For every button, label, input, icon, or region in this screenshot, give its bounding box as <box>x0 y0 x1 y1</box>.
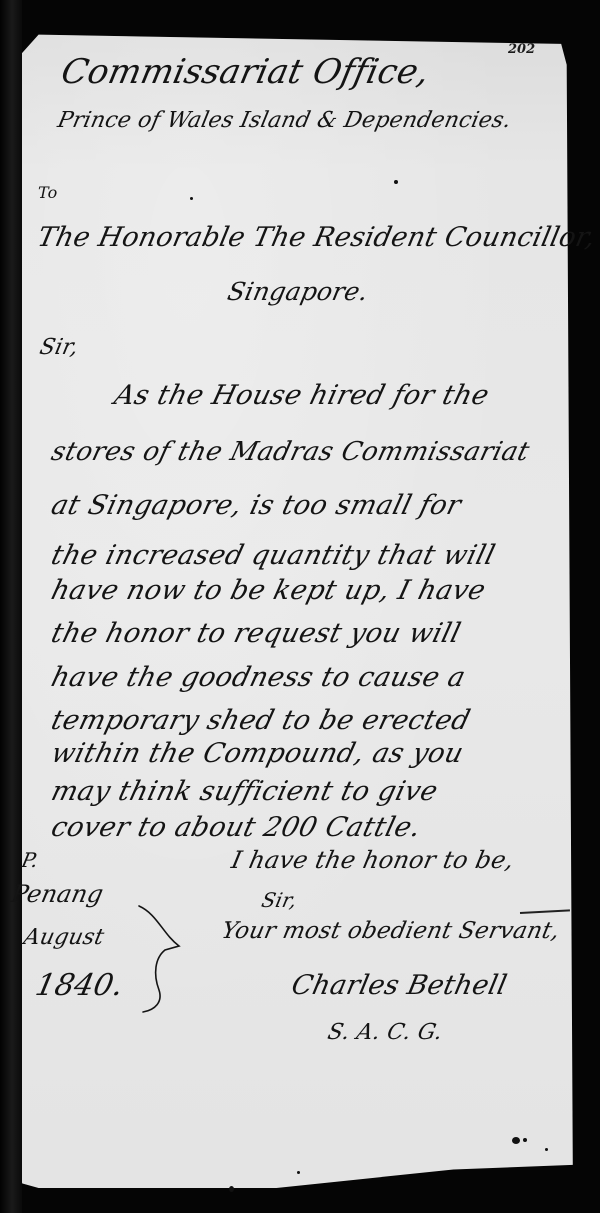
salutation: Sir, <box>37 335 80 360</box>
recipient-title: The Honorable The Resident Councillor, <box>35 222 598 253</box>
body-line: have the goodness to cause a <box>48 662 469 693</box>
manuscript-page <box>22 30 575 1188</box>
body-line: the increased quantity that will <box>48 540 498 571</box>
body-line: the honor to request you will <box>48 618 464 649</box>
ink-speck <box>523 1138 527 1142</box>
margin-note-place: Penang <box>9 880 106 908</box>
body-line: cover to about 200 Cattle. <box>48 812 424 843</box>
brace-mark <box>135 904 185 1014</box>
margin-note-month: August <box>21 925 106 950</box>
binding-shadow <box>0 0 22 1213</box>
ink-blot <box>512 1137 520 1144</box>
ink-speck <box>297 1171 300 1174</box>
body-line: at Singapore, is too small for <box>48 490 464 521</box>
ink-speck <box>229 1186 234 1192</box>
body-line: within the Compound, as you <box>48 738 467 769</box>
ink-speck <box>394 180 398 184</box>
signature-title: S. A. C. G. <box>325 1020 444 1045</box>
recipient-location: Singapore. <box>225 277 371 306</box>
ink-speck <box>190 197 193 200</box>
body-line: As the House hired for the <box>111 380 492 411</box>
closing-sir: Sir, <box>259 888 299 912</box>
scan-background: 202 Commissariat Office, Prince of Wales… <box>0 0 600 1213</box>
closing-servant: Your most obedient Servant, <box>219 918 562 944</box>
body-line: temporary shed to be erected <box>48 705 473 736</box>
office-heading: Commissariat Office, <box>58 52 433 92</box>
office-location: Prince of Wales Island & Dependencies. <box>55 108 513 133</box>
body-line: stores of the Madras Commissariat <box>48 437 532 467</box>
closing-line: I have the honor to be, <box>229 846 517 874</box>
ink-speck <box>545 1148 548 1151</box>
folio-number: 202 <box>508 42 535 57</box>
signature-name: Charles Bethell <box>289 970 510 1001</box>
margin-note-year: 1840. <box>32 968 126 1003</box>
to-prefix: To <box>38 183 57 202</box>
body-line: may think sufficient to give <box>48 776 441 807</box>
body-line: have now to be kept up, I have <box>48 575 489 606</box>
